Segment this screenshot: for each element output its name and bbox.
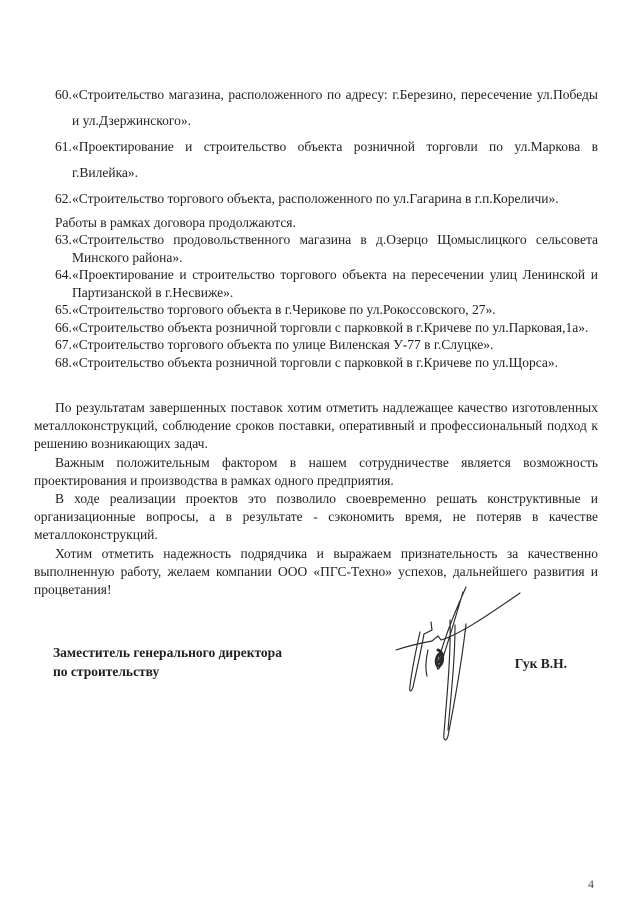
list-item-text: «Проектирование и строительство торговог… — [72, 266, 598, 301]
signer-title-line1: Заместитель генерального директора — [53, 643, 282, 662]
list-item-number: 65. — [55, 301, 72, 319]
list-item: 60. «Строительство магазина, расположенн… — [55, 82, 598, 134]
signer-title-line2: по строительству — [53, 662, 282, 681]
list-item-number: 62. — [55, 186, 72, 212]
document-content: 60. «Строительство магазина, расположенн… — [34, 82, 598, 681]
list-item-text: «Строительство торгового объекта, распол… — [72, 186, 598, 212]
list-item-number: 67. — [55, 336, 72, 354]
page-number: 4 — [588, 877, 594, 892]
list-item: 64. «Проектирование и строительство торг… — [55, 266, 598, 301]
contract-progress-note: Работы в рамках договора продолжаются. — [55, 214, 598, 231]
list-item-text: «Строительство объекта розничной торговл… — [72, 319, 598, 337]
paragraph-quality: По результатам завершенных поставок хоти… — [34, 399, 598, 454]
list-item-number: 66. — [55, 319, 72, 337]
list-item: 66. «Строительство объекта розничной тор… — [55, 319, 598, 337]
list-item-number: 63. — [55, 231, 72, 266]
list-item: 63. «Строительство продовольственного ма… — [55, 231, 598, 266]
list-item-text: «Строительство торгового объекта в г.Чер… — [72, 301, 598, 319]
paragraph-cooperation: Важным положительным фактором в нашем со… — [34, 454, 598, 490]
signature-block: Заместитель генерального директора по ст… — [34, 643, 598, 681]
letter-body: По результатам завершенных поставок хоти… — [34, 399, 598, 599]
list-item-text: «Строительство магазина, расположенного … — [72, 82, 598, 134]
project-list-part1: 60. «Строительство магазина, расположенн… — [55, 82, 598, 212]
list-item-number: 61. — [55, 134, 72, 186]
list-item-text: «Проектирование и строительство объекта … — [72, 134, 598, 186]
paragraph-gratitude: Хотим отметить надежность подрядчика и в… — [34, 545, 598, 600]
signer-name: Гук В.Н. — [515, 643, 567, 673]
signer-title: Заместитель генерального директора по ст… — [53, 643, 282, 681]
document-page: 60. «Строительство магазина, расположенн… — [0, 0, 638, 908]
paragraph-projects: В ходе реализации проектов это позволило… — [34, 490, 598, 545]
list-item-number: 64. — [55, 266, 72, 301]
project-list-part2: 63. «Строительство продовольственного ма… — [55, 231, 598, 371]
list-item-number: 68. — [55, 354, 72, 372]
list-item-text: «Строительство объекта розничной торговл… — [72, 354, 598, 372]
list-item: 68. «Строительство объекта розничной тор… — [55, 354, 598, 372]
list-item: 61. «Проектирование и строительство объе… — [55, 134, 598, 186]
list-item-number: 60. — [55, 82, 72, 134]
list-item: 65. «Строительство торгового объекта в г… — [55, 301, 598, 319]
list-item: 67. «Строительство торгового объекта по … — [55, 336, 598, 354]
list-item-text: «Строительство продовольственного магази… — [72, 231, 598, 266]
list-item-text: «Строительство торгового объекта по улиц… — [72, 336, 598, 354]
list-item: 62. «Строительство торгового объекта, ра… — [55, 186, 598, 212]
